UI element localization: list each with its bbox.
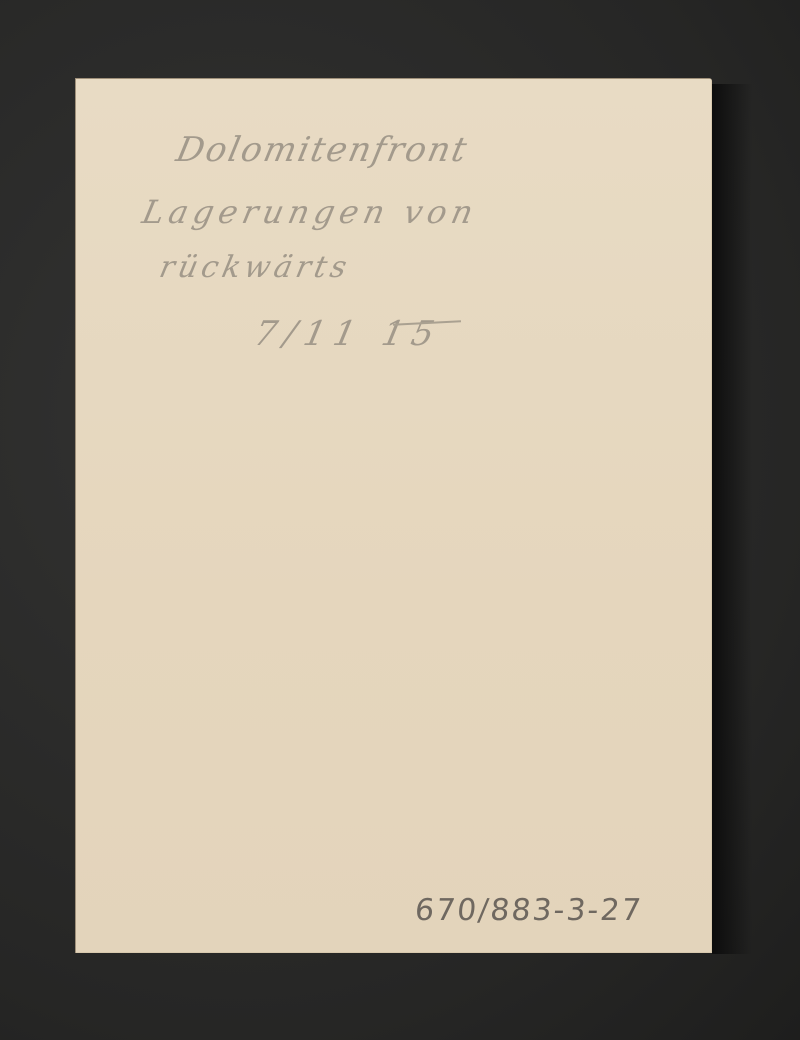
inscription-line-1: Dolomitenfront — [173, 130, 472, 170]
photo-card-back: Dolomitenfront Lagerungen von rückwärts … — [75, 78, 712, 953]
inscription-line-3: rückwärts — [156, 250, 353, 285]
inscription-date: 7/11 15 — [251, 314, 446, 354]
inscription-line-2: Lagerungen von — [139, 193, 481, 231]
catalog-number: 670/883-3-27 — [413, 893, 644, 928]
card-shadow — [712, 84, 752, 954]
